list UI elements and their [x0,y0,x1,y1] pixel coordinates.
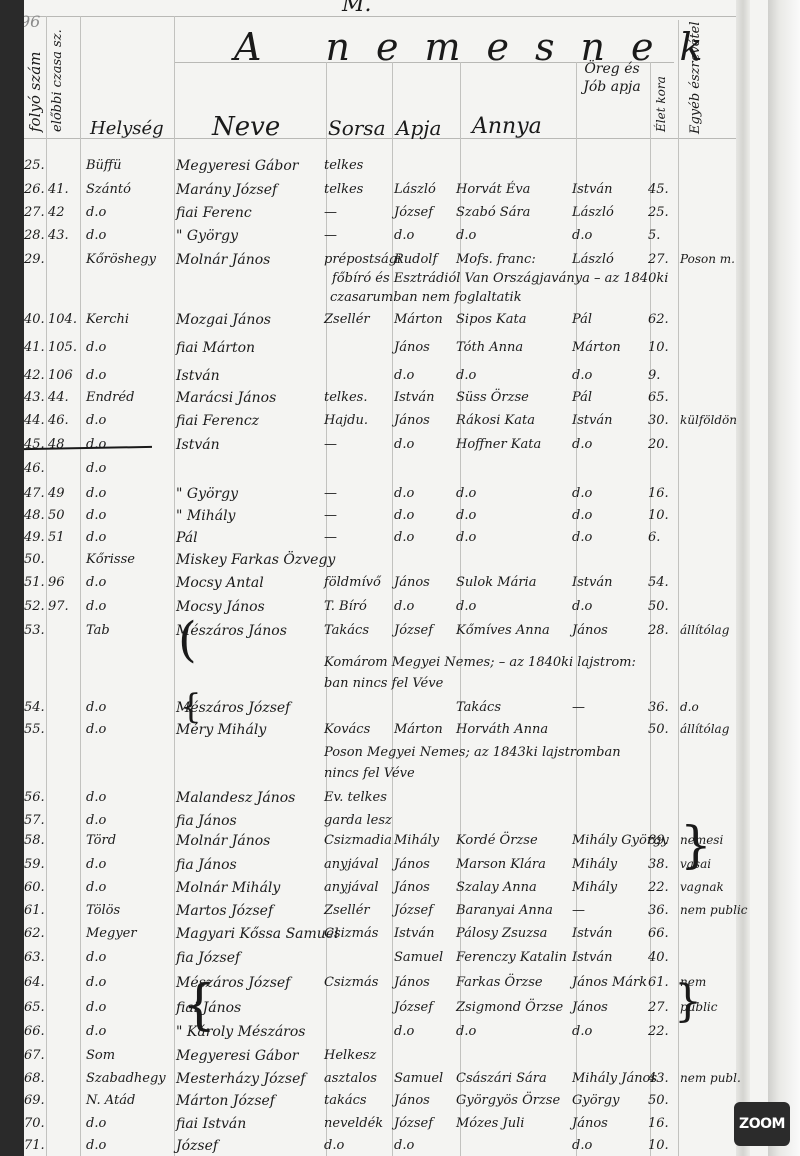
cell-status: Ev. telkes [324,790,394,805]
cell-father: János [394,880,456,895]
cell-place: d.o [86,575,174,590]
brace-mark: { [180,690,202,724]
cell-seq: 41. [24,340,46,355]
table-row: 71.d.oJózsefd.od.od.o10. [24,1138,768,1156]
cell-status: Hajdu. [324,413,394,428]
cell-name: " György [176,486,324,502]
table-row: 53.TabMészáros JánosTakácsJózsefKőmíves … [24,623,768,643]
cell-name: József [176,1138,324,1154]
header-age: Élet kora [654,76,668,132]
cell-mother: Süss Örzse [456,390,572,405]
cell-gf: d.o [572,1024,646,1039]
cell-place: Endréd [86,390,174,405]
cell-mother: Pálosy Zsuzsa [456,926,572,941]
cell-age: 50. [648,1093,678,1108]
cell-place: d.o [86,1024,174,1039]
cell-prev: 46. [48,413,78,428]
cell-name: Molnár Mihály [176,880,324,896]
cell-mother: d.o [456,530,572,545]
cell-gf: István [572,926,646,941]
cell-seq: 42. [24,368,46,383]
cell-age: 20. [648,437,678,452]
cell-place: d.o [86,950,174,965]
cell-seq: 44. [24,413,46,428]
table-row: 54.d.oMészáros JózsefTakács—36.d.o [24,700,768,720]
cell-gf: d.o [572,437,646,452]
cell-status: neveldék [324,1116,394,1131]
cell-place: d.o [86,437,174,452]
cell-age: 30. [648,413,678,428]
cell-place: d.o [86,461,174,476]
cell-mother: Császári Sára [456,1071,572,1086]
cell-place: Büffü [86,158,174,173]
table-row: 26.41.SzántóMarány JózseftelkesLászlóHor… [24,182,768,202]
cell-status: Csizmás [324,975,394,990]
cell-place: d.o [86,413,174,428]
cell-father: d.o [394,1024,456,1039]
cell-place: d.o [86,205,174,220]
cell-prev: 43. [48,228,78,243]
cell-name: fia József [176,950,324,966]
cell-mother: Sipos Kata [456,312,572,327]
cell-status: — [324,228,394,243]
cell-status: telkes. [324,390,394,405]
cell-seq: 48. [24,508,46,523]
cell-seq: 49. [24,530,46,545]
top-rule [24,16,736,17]
table-row: 51.96d.oMocsy AntalföldmívőJánosSulok Má… [24,575,768,595]
brace-mark: } [680,820,712,870]
cell-place: d.o [86,1138,174,1153]
cell-age: 27. [648,252,678,267]
cell-father: d.o [394,508,456,523]
cell-seq: 63. [24,950,46,965]
cell-gf: László [572,252,646,267]
page-mark: M. [342,0,372,16]
cell-seq: 58. [24,833,46,848]
cell-status: T. Bíró [324,599,394,614]
cell-mother: d.o [456,508,572,523]
cell-place: Kerchi [86,312,174,327]
cell-seq: 61. [24,903,46,918]
header-place: Helység [90,118,164,139]
brace-mark: } [674,980,702,1024]
cell-gf: István [572,182,646,197]
table-row: 25.BüffüMegyeresi Gábortelkes [24,158,768,178]
cell-seq: 51. [24,575,46,590]
cell-mother: Takács [456,700,572,715]
cell-gf: Mihály [572,880,646,895]
cell-place: Kőrisse [86,552,174,567]
cell-name: Mocsy Antal [176,575,324,591]
cell-mother: Szabó Sára [456,205,572,220]
cell-gf: d.o [572,228,646,243]
cell-seq: 29. [24,252,46,267]
cell-status: Csizmás [324,926,394,941]
cell-place: N. Atád [86,1093,174,1108]
cell-note: külföldön [680,413,768,427]
cell-mother: Zsigmond Örzse [456,1000,572,1015]
cell-age: 10. [648,1138,678,1153]
cell-seq: 68. [24,1071,46,1086]
cell-mother: Kőmíves Anna [456,623,572,638]
cell-status: telkes [324,158,394,173]
cell-father: János [394,413,456,428]
cell-age: 38. [648,857,678,872]
cell-gf: d.o [572,599,646,614]
table-row: 65.d.ofiai JánosJózsefZsigmond ÖrzseJáno… [24,1000,768,1020]
cell-status: garda lesz [324,813,394,828]
cell-seq: 46. [24,461,46,476]
cell-father: József [394,205,456,220]
cell-place: Kőröshegy [86,252,174,267]
table-row: 46.d.o [24,461,768,481]
cell-note: Poson m. [680,252,768,266]
cell-father: Rudolf [394,252,456,267]
zoom-badge[interactable]: ZOOM [734,1102,790,1146]
cell-place: d.o [86,1000,174,1015]
cell-status: Zsellér [324,312,394,327]
table-row: 62.MegyerMagyari Kőssa SamuelCsizmásIstv… [24,926,768,946]
cell-status: telkes [324,182,394,197]
cell-mother: Szalay Anna [456,880,572,895]
cell-prev: 48 [48,437,78,452]
cell-seq: 56. [24,790,46,805]
cell-age: 5. [648,228,678,243]
cell-age: 36. [648,903,678,918]
cell-age: 65. [648,390,678,405]
cell-note: állítólag [680,722,768,736]
cell-mother: Tóth Anna [456,340,572,355]
cell-father: d.o [394,1138,456,1153]
cell-gf: István [572,575,646,590]
cell-status: Kovács [324,722,394,737]
cell-prev: 106 [48,368,78,383]
cell-place: Szabadhegy [86,1071,174,1086]
table-row: 47.49d.o" György—d.od.od.o16. [24,486,768,506]
table-row: 41.105.d.ofiai MártonJánosTóth AnnaMárto… [24,340,768,360]
cell-age: 89. [648,833,678,848]
cell-father: József [394,1000,456,1015]
cell-note: nem publ. [680,1071,768,1085]
cell-name: fia János [176,857,324,873]
cell-age: 43. [648,1071,678,1086]
cell-status: — [324,486,394,501]
cell-seq: 43. [24,390,46,405]
cell-name: Mocsy János [176,599,324,615]
cell-seq: 52. [24,599,46,614]
cell-mother: Györgyös Örzse [456,1093,572,1108]
cell-gf: János [572,1000,646,1015]
zoom-logo-icon: ZOOM [739,1116,785,1132]
cell-age: 50. [648,722,678,737]
cell-gf: János [572,1116,646,1131]
cell-age: 45. [648,182,678,197]
cell-age: 16. [648,1116,678,1131]
table-row: 27.42d.ofiai Ferenc—JózsefSzabó SáraLász… [24,205,768,225]
cell-gf: d.o [572,486,646,501]
cell-mother: Sulok Mária [456,575,572,590]
cell-age: 36. [648,700,678,715]
cell-place: Tölös [86,903,174,918]
cell-mother: Hoffner Kata [456,437,572,452]
table-row: 50.KőrisseMiskey Farkas Özvegy [24,552,768,572]
cell-age: 9. [648,368,678,383]
cell-name: Megyeresi Gábor [176,158,324,174]
cell-name: Mesterházy József [176,1071,324,1087]
cell-name: Mozgai János [176,312,324,328]
cell-seq: 71. [24,1138,46,1153]
cell-father: József [394,1116,456,1131]
table-row: 55.d.oMéry MihályKovácsMártonHorváth Ann… [24,722,768,742]
cell-seq: 62. [24,926,46,941]
cell-mother: Mózes Juli [456,1116,572,1131]
book-binding [768,0,800,1156]
cell-place: d.o [86,880,174,895]
cell-gf: Mihály [572,857,646,872]
table-row: 60.d.oMolnár MihályanyjávalJánosSzalay A… [24,880,768,900]
cell-gf: d.o [572,530,646,545]
table-row: 58.TördMolnár JánosCsizmadiaMihályKordé … [24,833,768,853]
cell-mother: d.o [456,1024,572,1039]
cell-prev: 50 [48,508,78,523]
cell-place: d.o [86,340,174,355]
cell-father: János [394,1093,456,1108]
cell-seq: 40. [24,312,46,327]
cell-seq: 57. [24,813,46,828]
header-seq: folyó szám [26,52,44,132]
cell-mother: d.o [456,228,572,243]
cell-name: István [176,437,324,453]
cell-seq: 59. [24,857,46,872]
cell-gf: Márton [572,340,646,355]
cell-age: 22. [648,880,678,895]
cell-name: Martos József [176,903,324,919]
cell-gf: Mihály György [572,833,646,848]
cell-name: Malandesz János [176,790,324,806]
brace-mark: { [182,978,216,1032]
cell-seq: 53. [24,623,46,638]
cell-gf: István [572,950,646,965]
cell-note: nem public [680,903,768,917]
continuation-line: főbíró és Esztrádiól Van Országjaványa –… [332,271,668,286]
cell-father: d.o [394,599,456,614]
cell-name: Pál [176,530,324,546]
cell-status: takács [324,1093,394,1108]
cell-mother: d.o [456,599,572,614]
cell-age: 25. [648,205,678,220]
cell-place: d.o [86,228,174,243]
cell-status: Helkesz [324,1048,394,1063]
table-row: 64.d.oMészáros JózsefCsizmásJánosFarkas … [24,975,768,995]
cell-mother: Ferenczy Katalin [456,950,572,965]
table-row: 69.N. AtádMárton JózseftakácsJánosGyörgy… [24,1093,768,1113]
cell-place: d.o [86,700,174,715]
cell-father: Márton [394,312,456,327]
cell-seq: 67. [24,1048,46,1063]
table-row: 29.KőröshegyMolnár JánosprépostságiRudol… [24,252,768,272]
cell-father: Samuel [394,1071,456,1086]
header-father: Apja [396,116,441,140]
cell-mother: Farkas Örzse [456,975,572,990]
cell-prev: 97. [48,599,78,614]
cell-seq: 64. [24,975,46,990]
cell-father: d.o [394,530,456,545]
cell-place: Tab [86,623,174,638]
cell-age: 50. [648,599,678,614]
cell-place: d.o [86,508,174,523]
cell-gf: Pál [572,312,646,327]
cell-father: János [394,340,456,355]
cell-gf: János Márk [572,975,646,990]
cell-name: " Mihály [176,508,324,524]
table-row: 28.43.d.o" György—d.od.od.o5. [24,228,768,248]
cell-status: asztalos [324,1071,394,1086]
cell-name: fiai Ferenc [176,205,324,221]
cell-name: " György [176,228,324,244]
cell-father: János [394,857,456,872]
cell-status: Takács [324,623,394,638]
table-row: 52.97.d.oMocsy JánosT. Bíród.od.od.o50. [24,599,768,619]
cell-father: János [394,575,456,590]
cell-prev: 41. [48,182,78,197]
cell-place: d.o [86,857,174,872]
cell-mother: d.o [456,486,572,501]
cell-status: d.o [324,1138,394,1153]
header-note: Egyéb észrevétel [688,21,703,134]
table-row: 61.TölösMartos JózsefZsellérJózsefBarany… [24,903,768,923]
table-row: 63.d.ofia JózsefSamuelFerenczy KatalinIs… [24,950,768,970]
cell-father: d.o [394,228,456,243]
table-row: 70.d.ofiai IstvánneveldékJózsefMózes Jul… [24,1116,768,1136]
cell-father: József [394,623,456,638]
cell-place: d.o [86,722,174,737]
cell-note: vagnak [680,880,768,894]
cell-father: István [394,390,456,405]
folio-number: 96 [24,14,40,30]
cell-place: Törd [86,833,174,848]
header-prev: előbbi czasa sz. [50,29,65,132]
cell-name: Miskey Farkas Özvegy [176,552,324,568]
cell-name: Molnár János [176,833,324,849]
cell-place: d.o [86,368,174,383]
cell-gf: György [572,1093,646,1108]
cell-father: László [394,182,456,197]
cell-mother: Marson Klára [456,857,572,872]
cell-father: d.o [394,437,456,452]
table-row: 66.d.o" Károly Mészárosd.od.od.o22. [24,1024,768,1044]
cell-seq: 55. [24,722,46,737]
cell-seq: 47. [24,486,46,501]
header-name: Neve [212,112,280,142]
cell-prev: 104. [48,312,78,327]
cell-status: — [324,205,394,220]
cell-name: Megyeresi Gábor [176,1048,324,1064]
continuation-line: Poson Megyei Nemes; az 1843ki lajstromba… [324,745,621,760]
cell-name: fiai Márton [176,340,324,356]
cell-age: 10. [648,340,678,355]
cell-father: János [394,975,456,990]
cell-age: 62. [648,312,678,327]
continuation-line: ban nincs fel Véve [324,676,443,691]
cell-prev: 42 [48,205,78,220]
cell-place: d.o [86,790,174,805]
cell-status: anyjával [324,880,394,895]
cell-gf: d.o [572,368,646,383]
cell-age: 40. [648,950,678,965]
cell-status: Zsellér [324,903,394,918]
cell-name: István [176,368,324,384]
cell-seq: 27. [24,205,46,220]
table-row: 48.50d.o" Mihály—d.od.od.o10. [24,508,768,528]
cell-gf: István [572,413,646,428]
header-status: Sorsa [328,116,386,140]
cell-gf: — [572,903,646,918]
cell-status: prépostsági [324,252,394,267]
cell-seq: 54. [24,700,46,715]
cell-father: István [394,926,456,941]
cell-mother: d.o [456,368,572,383]
cell-seq: 25. [24,158,46,173]
cell-father: d.o [394,368,456,383]
cell-status: Csizmadia [324,833,394,848]
cell-father: d.o [394,486,456,501]
cell-name: Márton József [176,1093,324,1109]
cell-gf: Pál [572,390,646,405]
continuation-line: nincs fel Véve [324,766,415,781]
cell-seq: 28. [24,228,46,243]
cell-status: — [324,508,394,523]
cell-gf: — [572,700,646,715]
cell-status: — [324,530,394,545]
table-row: 49.51d.oPál—d.od.od.o6. [24,530,768,550]
cell-seq: 69. [24,1093,46,1108]
cell-age: 54. [648,575,678,590]
cell-place: Megyer [86,926,174,941]
cell-father: Mihály [394,833,456,848]
table-row: 68.SzabadhegyMesterházy JózsefasztalosSa… [24,1071,768,1091]
cell-father: Márton [394,722,456,737]
cell-name: Molnár János [176,252,324,268]
cell-seq: 60. [24,880,46,895]
cell-seq: 70. [24,1116,46,1131]
cell-status: földmívő [324,575,394,590]
cell-father: Samuel [394,950,456,965]
cell-father: József [394,903,456,918]
table-row: 42.106d.oIstvánd.od.od.o9. [24,368,768,388]
cell-mother: Horvát Éva [456,182,572,197]
table-row: 56.d.oMalandesz JánosEv. telkes [24,790,768,810]
cell-name: Marácsi János [176,390,324,406]
cell-prev: 105. [48,340,78,355]
table-row: 57.d.ofia Jánosgarda lesz [24,813,768,833]
cell-seq: 66. [24,1024,46,1039]
cell-seq: 50. [24,552,46,567]
cell-prev: 44. [48,390,78,405]
cell-status: anyjával [324,857,394,872]
cell-name: Marány József [176,182,324,198]
cell-name: fiai Ferencz [176,413,324,429]
register-page: M. A nemesnek 96 folyó szám előbbi czasa… [24,0,768,1156]
cell-name: fia János [176,813,324,829]
cell-mother: Kordé Örzse [456,833,572,848]
cell-gf: d.o [572,508,646,523]
continuation-line: Komárom Megyei Nemes; – az 1840ki lajstr… [324,655,636,670]
page-title: A nemesnek [234,28,729,66]
cell-place: d.o [86,975,174,990]
cell-gf: d.o [572,1138,646,1153]
header-mother: Annya [472,114,542,139]
